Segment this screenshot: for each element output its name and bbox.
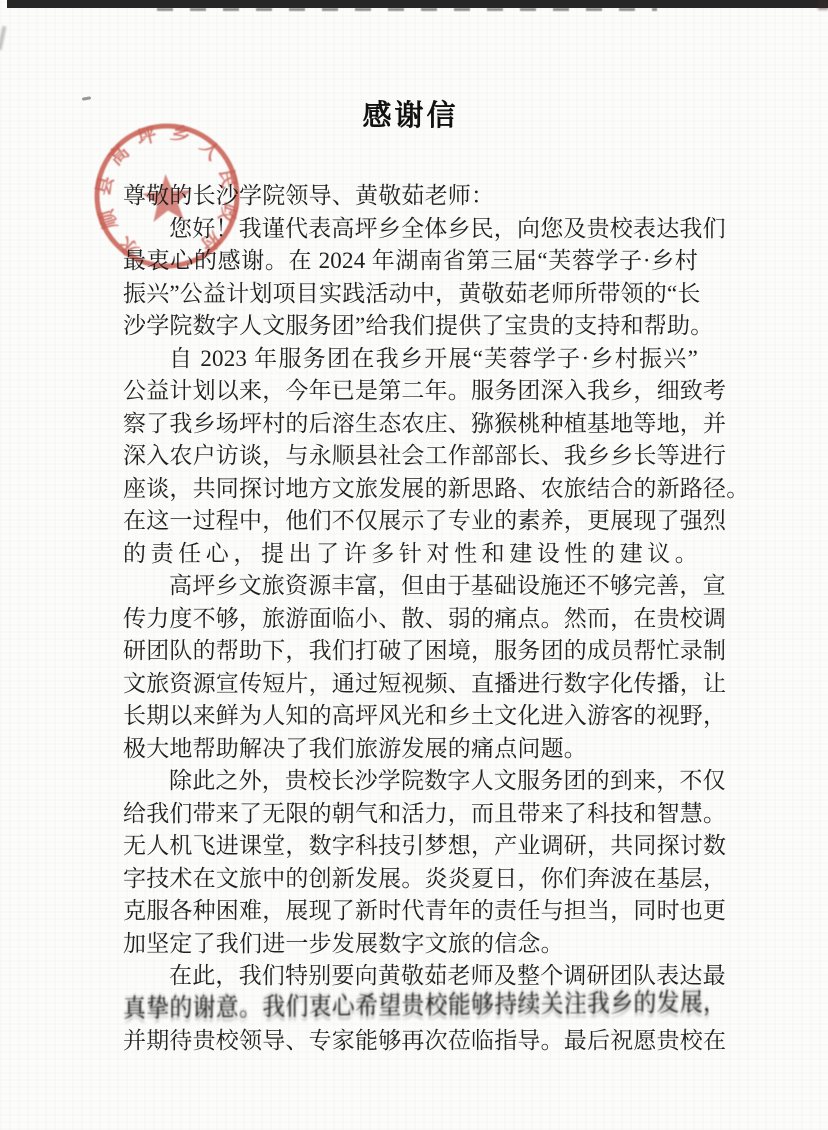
scan-artifact-top-bar (7, 0, 828, 8)
letter-line: 高坪乡文旅资源丰富，但由于基础设施还不够完善，宣 (123, 570, 698, 603)
letter-line: 在这一过程中，他们不仅展示了专业的素养，更展现了强烈 (123, 505, 698, 538)
letter-line: 克服各种困难，展现了新时代青年的责任与担当，同时也更 (123, 895, 698, 928)
letter-line: 给我们带来了无限的朝气和活力，而且带来了科技和智慧。 (123, 798, 698, 831)
letter-line: 您好！我谨代表高坪乡全体乡民，向您及贵校表达我们 (123, 213, 698, 246)
letter-line: 察了我乡场坪村的后溶生态农庄、猕猴桃种植基地等地，并 (123, 408, 698, 441)
letter-line: 无人机飞进课堂，数字科技引梦想，产业调研，共同探讨数 (123, 830, 698, 863)
letter-line: 除此之外，贵校长沙学院数字人文服务团的到来，不仅 (123, 765, 698, 798)
letter-paragraph: 高坪乡文旅资源丰富，但由于基础设施还不够完善，宣传力度不够，旅游面临小、散、弱的… (123, 570, 698, 765)
letter-line: 的责任心，提出了许多针对性和建设性的建议。 (123, 538, 698, 571)
letter-line: 传力度不够，旅游面临小、散、弱的痛点。然而，在贵校调 (123, 603, 698, 636)
letter-line: 公益计划以来，今年已是第二年。服务团深入我乡，细致考 (123, 375, 698, 408)
letter-body: 您好！我谨代表高坪乡全体乡民，向您及贵校表达我们最衷心的感谢。在 2024 年湖… (123, 213, 698, 1058)
letter-line: 沙学院数字人文服务团”给我们提供了宝贵的支持和帮助。 (123, 310, 698, 343)
letter-line: 并期待贵校领导、专家能够再次莅临指导。最后祝愿贵校在 (123, 1025, 698, 1058)
letter-line: 振兴”公益计划项目实践活动中，黄敬茹老师所带领的“长 (123, 278, 698, 311)
letter-line: 座谈，共同探讨地方文旅发展的新思路、农旅结合的新路径。 (123, 473, 698, 506)
letter-paragraph: 自 2023 年服务团在我乡开展“芙蓉学子·乡村振兴”公益计划以来，今年已是第二… (123, 343, 698, 571)
scan-artifact-smudge (0, 26, 6, 50)
scan-artifact-corner (818, 0, 828, 10)
letter-line: 文旅资源宣传短片，通过短视频、直播进行数字化传播，让 (123, 668, 698, 701)
letter-content: 尊敬的长沙学院领导、黄敬茹老师： 您好！我谨代表高坪乡全体乡民，向您及贵校表达我… (123, 180, 698, 1058)
letter-line: 加坚定了我们进一步发展数字文旅的信念。 (123, 928, 698, 961)
letter-line: 长期以来鲜为人知的高坪风光和乡土文化进入游客的视野， (123, 700, 698, 733)
letter-line: 深入农户访谈，与永顺县社会工作部部长、我乡乡长等进行 (123, 440, 698, 473)
scan-artifact-speck (82, 96, 91, 101)
letter-line: 最衷心的感谢。在 2024 年湖南省第三届“芙蓉学子·乡村 (123, 245, 698, 278)
letter-line: 极大地帮助解决了我们旅游发展的痛点问题。 (123, 733, 698, 766)
letter-line: 字技术在文旅中的创新发展。炎炎夏日，你们奔波在基层， (123, 863, 698, 896)
letter-line: 真挚的谢意。我们衷心希望贵校能够持续关注我乡的发展， (123, 985, 698, 1026)
salutation: 尊敬的长沙学院领导、黄敬茹老师： (123, 180, 698, 213)
letter-line: 自 2023 年服务团在我乡开展“芙蓉学子·乡村振兴” (123, 343, 698, 376)
letter-paragraph: 除此之外，贵校长沙学院数字人文服务团的到来，不仅给我们带来了无限的朝气和活力，而… (123, 765, 698, 960)
scanned-page: 感谢信 永顺县高坪乡人民政府 尊敬的长沙学院领导、黄敬茹老师： 您好！我谨代表高… (0, 0, 828, 1130)
letter-paragraph: 您好！我谨代表高坪乡全体乡民，向您及贵校表达我们最衷心的感谢。在 2024 年湖… (123, 213, 698, 343)
letter-line: 研团队的帮助下，我们打破了困境，服务团的成员帮忙录制 (123, 635, 698, 668)
letter-paragraph: 在此，我们特别要向黄敬茹老师及整个调研团队表达最真挚的谢意。我们衷心希望贵校能够… (123, 960, 698, 1058)
